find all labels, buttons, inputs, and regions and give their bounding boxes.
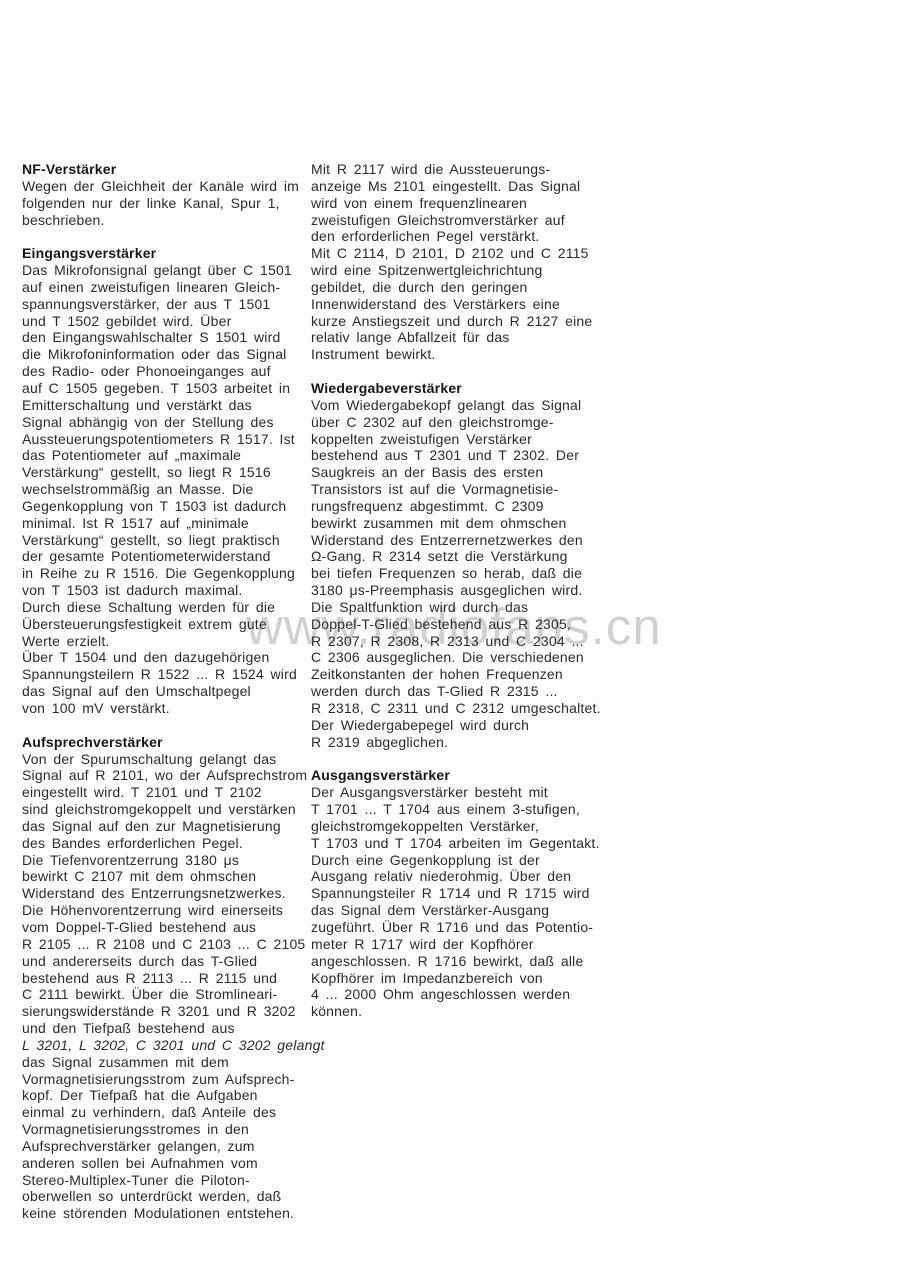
text-line: C 2111 bewirkt. Über die Stromlineari- xyxy=(22,986,308,1003)
text-line: den erforderlichen Pegel verstärkt. xyxy=(311,228,603,245)
text-line: Der Wiedergabepegel wird durch xyxy=(311,717,603,734)
text-line: Der Ausgangsverstärker besteht mit xyxy=(311,784,603,801)
text-line: Die Tiefenvorentzerrung 3180 μs xyxy=(22,852,308,869)
text-line: eingestellt wird. T 2101 und T 2102 xyxy=(22,784,308,801)
text-line: Innenwiderstand des Verstärkers eine xyxy=(311,296,603,313)
text-line: Saugkreis an der Basis des ersten xyxy=(311,464,603,481)
text-line: Die Höhenvorentzerrung wird einerseits xyxy=(22,902,308,919)
text-line: Widerstand des Entzerrungsnetzwerkes. xyxy=(22,885,308,902)
text-line: Emitterschaltung und verstärkt das xyxy=(22,397,308,414)
text-line: Aussteuerungspotentiometers R 1517. Ist xyxy=(22,431,308,448)
text-line: zugeführt. Über R 1716 und das Potentio- xyxy=(311,919,603,936)
text-line: Durch diese Schaltung werden für die xyxy=(22,599,308,616)
text-line: das Signal auf den zur Magnetisierung xyxy=(22,818,308,835)
text-line: R 2105 ... R 2108 und C 2103 ... C 2105 xyxy=(22,936,308,953)
text-line: Zeitkonstanten der hohen Frequenzen xyxy=(311,666,603,683)
text-line: über C 2302 auf den gleichstromge- xyxy=(311,414,603,431)
text-line: das Signal auf den Umschaltpegel xyxy=(22,683,308,700)
section: AusgangsverstärkerDer Ausgangsverstärker… xyxy=(311,767,603,1020)
text-line: Instrument bewirkt. xyxy=(311,346,603,363)
text-line: Mit R 2117 wird die Aussteuerungs- xyxy=(311,161,603,178)
text-line: auf einen zweistufigen linearen Gleich- xyxy=(22,279,308,296)
text-line: einmal zu verhindern, daß Anteile des xyxy=(22,1104,308,1121)
text-line: Kopfhörer im Impedanzbereich von xyxy=(311,970,603,987)
text-line: von T 1503 ist dadurch maximal. xyxy=(22,582,308,599)
text-line: R 2319 abgeglichen. xyxy=(311,734,603,751)
section-heading: Eingangsverstärker xyxy=(22,245,308,262)
text-line: und T 1502 gebildet wird. Über xyxy=(22,313,308,330)
text-line: folgenden nur der linke Kanal, Spur 1, xyxy=(22,195,308,212)
text-line: sierungswiderstände R 3201 und R 3202 xyxy=(22,1003,308,1020)
section: NF-VerstärkerWegen der Gleichheit der Ka… xyxy=(22,161,308,228)
text-line: kopf. Der Tiefpaß hat die Aufgaben xyxy=(22,1087,308,1104)
text-line: meter R 1717 wird der Kopfhörer xyxy=(311,936,603,953)
text-line: Verstärkung“ gestellt, so liegt R 1516 xyxy=(22,464,308,481)
text-line: in Reihe zu R 1516. Die Gegenkopplung xyxy=(22,565,308,582)
text-line: der gesamte Potentiometerwiderstand xyxy=(22,548,308,565)
text-line: keine störenden Modulationen entstehen. xyxy=(22,1205,308,1222)
text-column-left: NF-VerstärkerWegen der Gleichheit der Ka… xyxy=(22,161,308,1222)
text-line: spannungsverstärker, der aus T 1501 xyxy=(22,296,308,313)
text-line: minimal. Ist R 1517 auf „minimale xyxy=(22,515,308,532)
section-heading: Ausgangsverstärker xyxy=(311,767,603,784)
section: AufsprechverstärkerVon der Spurumschaltu… xyxy=(22,734,308,1222)
text-line: vom Doppel-T-Glied bestehend aus xyxy=(22,919,308,936)
text-line: den Eingangswahlschalter S 1501 wird xyxy=(22,329,308,346)
text-line: gebildet, die durch den geringen xyxy=(311,279,603,296)
text-line: können. xyxy=(311,1003,603,1020)
text-line: oberwellen so unterdrückt werden, daß xyxy=(22,1188,308,1205)
text-line: des Radio- oder Phonoeinganges auf xyxy=(22,363,308,380)
section: EingangsverstärkerDas Mikrofonsignal gel… xyxy=(22,245,308,717)
text-line: von 100 mV verstärkt. xyxy=(22,700,308,717)
text-line: Signal abhängig von der Stellung des xyxy=(22,414,308,431)
text-line: Durch eine Gegenkopplung ist der xyxy=(311,852,603,869)
text-line: das Potentiometer auf „maximale xyxy=(22,447,308,464)
text-line: Verstärkung“ gestellt, so liegt praktisc… xyxy=(22,532,308,549)
text-line: rungsfrequenz abgestimmt. C 2309 xyxy=(311,498,603,515)
section: Mit R 2117 wird die Aussteuerungs-anzeig… xyxy=(311,161,603,363)
text-line: R 2318, C 2311 und C 2312 umgeschaltet. xyxy=(311,700,603,717)
text-line: angeschlossen. R 1716 bewirkt, daß alle xyxy=(311,953,603,970)
text-line: Transistors ist auf die Vormagnetisie- xyxy=(311,481,603,498)
text-line: T 1701 ... T 1704 aus einem 3-stufigen, xyxy=(311,801,603,818)
text-column-right: Mit R 2117 wird die Aussteuerungs-anzeig… xyxy=(311,161,603,1020)
text-line: Spannungsteilern R 1522 ... R 1524 wird xyxy=(22,666,308,683)
text-line: Die Spaltfunktion wird durch das xyxy=(311,599,603,616)
text-line: Über T 1504 und den dazugehörigen xyxy=(22,649,308,666)
text-line: 3180 μs-Preemphasis ausgeglichen wird. xyxy=(311,582,603,599)
text-line: Gegenkopplung von T 1503 ist dadurch xyxy=(22,498,308,515)
text-line: 4 ... 2000 Ohm angeschlossen werden xyxy=(311,986,603,1003)
text-line: Mit C 2114, D 2101, D 2102 und C 2115 xyxy=(311,245,603,262)
text-line: Signal auf R 2101, wo der Aufsprechstrom xyxy=(22,767,308,784)
text-line: zweistufigen Gleichstromverstärker auf xyxy=(311,212,603,229)
text-line: wechselstrommäßig an Masse. Die xyxy=(22,481,308,498)
text-line: gleichstromgekoppelten Verstärker, xyxy=(311,818,603,835)
text-line: koppelten zweistufigen Verstärker xyxy=(311,431,603,448)
text-line: Übersteuerungsfestigkeit extrem gute xyxy=(22,616,308,633)
text-line: bestehend aus R 2113 ... R 2115 und xyxy=(22,970,308,987)
text-line: kurze Anstiegszeit und durch R 2127 eine xyxy=(311,313,603,330)
text-line: Ausgang relativ niederohmig. Über den xyxy=(311,868,603,885)
text-line: Stereo-Multiplex-Tuner die Piloton- xyxy=(22,1172,308,1189)
text-line: Von der Spurumschaltung gelangt das xyxy=(22,751,308,768)
section: WiedergabeverstärkerVom Wiedergabekopf g… xyxy=(311,380,603,751)
text-line: Ω-Gang. R 2314 setzt die Verstärkung xyxy=(311,548,603,565)
text-line: relativ lange Abfallzeit für das xyxy=(311,329,603,346)
text-line: bei tiefen Frequenzen so herab, daß die xyxy=(311,565,603,582)
text-line: Widerstand des Entzerrernetzwerkes den xyxy=(311,532,603,549)
text-line: Werte erzielt. xyxy=(22,633,308,650)
text-line: Doppel-T-Glied bestehend aus R 2305, xyxy=(311,616,603,633)
text-line: Das Mikrofonsignal gelangt über C 1501 xyxy=(22,262,308,279)
text-line: Aufsprechverstärker gelangen, zum xyxy=(22,1138,308,1155)
section-heading: NF-Verstärker xyxy=(22,161,308,178)
text-line: und den Tiefpaß bestehend aus xyxy=(22,1020,308,1037)
text-line: wird eine Spitzenwertgleichrichtung xyxy=(311,262,603,279)
text-line: anzeige Ms 2101 eingestellt. Das Signal xyxy=(311,178,603,195)
text-line: das Signal dem Verstärker-Ausgang xyxy=(311,902,603,919)
text-line: Vormagnetisierungsstromes in den xyxy=(22,1121,308,1138)
text-line: R 2307, R 2308, R 2313 und C 2304 ... xyxy=(311,633,603,650)
text-line: bewirkt zusammen mit dem ohmschen xyxy=(311,515,603,532)
text-line: L 3201, L 3202, C 3201 und C 3202 gelang… xyxy=(22,1037,308,1054)
document-page: www.radiofans.cn NF-VerstärkerWegen der … xyxy=(0,0,920,1287)
text-line: Spannungsteiler R 1714 und R 1715 wird xyxy=(311,885,603,902)
text-line: beschrieben. xyxy=(22,212,308,229)
text-line: Vormagnetisierungsstrom zum Aufsprech- xyxy=(22,1071,308,1088)
text-line: das Signal zusammen mit dem xyxy=(22,1054,308,1071)
section-heading: Aufsprechverstärker xyxy=(22,734,308,751)
text-line: anderen sollen bei Aufnahmen vom xyxy=(22,1155,308,1172)
text-line: die Mikrofoninformation oder das Signal xyxy=(22,346,308,363)
text-line: sind gleichstromgekoppelt und verstärken xyxy=(22,801,308,818)
section-heading: Wiedergabeverstärker xyxy=(311,380,603,397)
text-line: werden durch das T-Glied R 2315 ... xyxy=(311,683,603,700)
text-line: auf C 1505 gegeben. T 1503 arbeitet in xyxy=(22,380,308,397)
text-line: wird von einem frequenzlinearen xyxy=(311,195,603,212)
text-line: des Bandes erforderlichen Pegel. xyxy=(22,835,308,852)
text-line: C 2306 ausgeglichen. Die verschiedenen xyxy=(311,649,603,666)
text-line: Wegen der Gleichheit der Kanäle wird im xyxy=(22,178,308,195)
text-line: bestehend aus T 2301 und T 2302. Der xyxy=(311,447,603,464)
text-line: und andererseits durch das T-Glied xyxy=(22,953,308,970)
text-line: Vom Wiedergabekopf gelangt das Signal xyxy=(311,397,603,414)
text-line: T 1703 und T 1704 arbeiten im Gegentakt. xyxy=(311,835,603,852)
text-line: bewirkt C 2107 mit dem ohmschen xyxy=(22,868,308,885)
